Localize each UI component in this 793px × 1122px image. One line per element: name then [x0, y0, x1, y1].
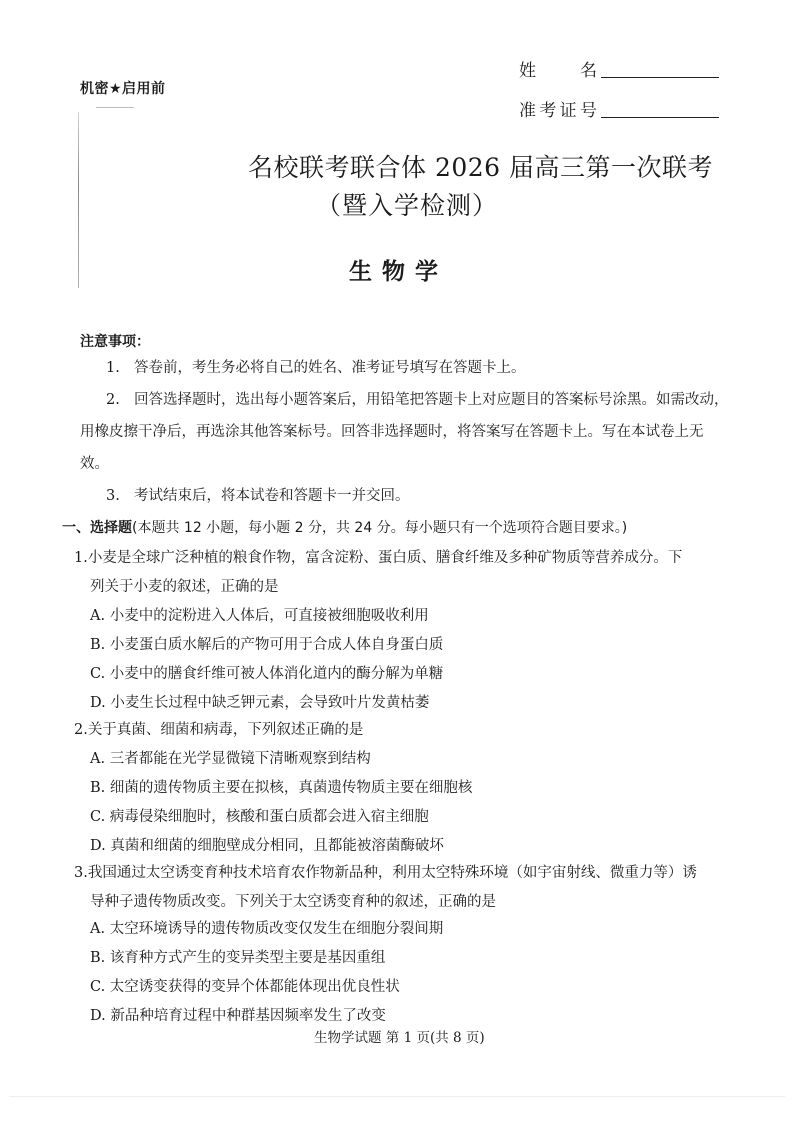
question-1-option-d: D. 小麦生长过程中缺乏钾元素，会导致叶片发黄枯萎	[90, 689, 429, 718]
name-blank-line[interactable]	[601, 77, 719, 78]
note-item: 3.考试结束后，将本试卷和答题卡一并交回。	[80, 480, 730, 512]
note-number: 2.	[80, 384, 134, 416]
note-item: 2.回答选择题时，选出每小题答案后，用铅笔把答题卡上对应题目的答案标号涂黑。如需…	[80, 384, 730, 480]
question-text: 小麦是全球广泛种植的粮食作物，富含淀粉、蛋白质、膳食纤维及多种矿物质等营养成分。…	[88, 550, 683, 566]
question-3-stem: 3.我国通过太空诱变育种技术培育农作物新品种，利用太空特殊环境（如宇宙射线、微重…	[74, 859, 734, 917]
section-heading: 一、选择题(本题共 12 小题，每小题 2 分，共 24 分。每小题只有一个选项…	[62, 517, 627, 537]
exam-subtitle: （暨入学检测）	[316, 186, 498, 222]
exam-id-field-label: 准 考 证 号	[519, 96, 597, 121]
note-text: 答卷前，考生务必将自己的姓名、准考证号填写在答题卡上。	[134, 360, 526, 376]
note-item: 1.答卷前，考生务必将自己的姓名、准考证号填写在答题卡上。	[80, 352, 730, 384]
question-2-option-a: A. 三者都能在光学显微镜下清晰观察到结构	[90, 745, 371, 774]
subject-title: 生物学	[349, 253, 448, 286]
question-2-option-c: C. 病毒侵染细胞时，核酸和蛋白质都会进入宿主细胞	[90, 803, 429, 832]
question-text: 关于真菌、细菌和病毒，下列叙述正确的是	[88, 722, 364, 738]
note-text: 考试结束后，将本试卷和答题卡一并交回。	[134, 488, 410, 504]
question-1-stem: 1.小麦是全球广泛种植的粮食作物，富含淀粉、蛋白质、膳食纤维及多种矿物质等营养成…	[74, 544, 734, 602]
question-3-option-c: C. 太空诱变获得的变异个体都能体现出优良性状	[90, 973, 400, 1002]
notes-title: 注意事项：	[80, 331, 150, 351]
question-text-continued: 列关于小麦的叙述，正确的是	[74, 573, 734, 602]
name-field-label: 姓 名	[519, 56, 597, 81]
question-text-continued: 导种子遗传物质改变。下列关于太空诱变育种的叙述，正确的是	[74, 888, 734, 917]
question-number: 3.	[74, 865, 88, 881]
question-1-option-a: A. 小麦中的淀粉进入人体后，可直接被细胞吸收利用	[90, 602, 429, 631]
question-3-option-b: B. 该育种方式产生的变异类型主要是基因重组	[90, 944, 385, 973]
question-2-option-b: B. 细菌的遗传物质主要在拟核，真菌遗传物质主要在细胞核	[90, 774, 472, 803]
page-footer: 生物学试题 第 1 页(共 8 页)	[314, 1026, 485, 1046]
question-number: 2.	[74, 722, 88, 738]
exam-id-field: 准 考 证 号	[519, 96, 719, 121]
question-text: 我国通过太空诱变育种技术培育农作物新品种，利用太空特殊环境（如宇宙射线、微重力等…	[88, 865, 697, 881]
decorative-dash	[96, 107, 134, 108]
question-1-option-b: B. 小麦蛋白质水解后的产物可用于合成人体自身蛋白质	[90, 631, 443, 660]
binding-margin-rule	[78, 112, 79, 288]
question-1-option-c: C. 小麦中的膳食纤维可被人体消化道内的酶分解为单糖	[90, 660, 443, 689]
question-2-stem: 2.关于真菌、细菌和病毒，下列叙述正确的是	[74, 716, 734, 745]
question-2-option-d: D. 真菌和细菌的细胞壁成分相同，且都能被溶菌酶破坏	[90, 832, 444, 861]
exam-title: 名校联考联合体 2026 届高三第一次联考	[248, 148, 713, 184]
exam-id-blank-line[interactable]	[601, 117, 719, 118]
question-3-option-a: A. 太空环境诱导的遗传物质改变仅发生在细胞分裂间期	[90, 915, 443, 944]
bottom-rule	[9, 1096, 785, 1097]
note-number: 1.	[80, 352, 134, 384]
section-instructions: (本题共 12 小题，每小题 2 分，共 24 分。每小题只有一个选项符合题目要…	[132, 520, 627, 536]
confidential-label: 机密★启用前	[80, 78, 166, 98]
section-title: 一、选择题	[62, 520, 132, 536]
question-number: 1.	[74, 550, 88, 566]
name-field: 姓 名	[519, 56, 719, 81]
note-text: 回答选择题时，选出每小题答案后，用铅笔把答题卡上对应题目的答案标号涂黑。如需改动…	[80, 392, 729, 472]
note-number: 3.	[80, 480, 134, 512]
